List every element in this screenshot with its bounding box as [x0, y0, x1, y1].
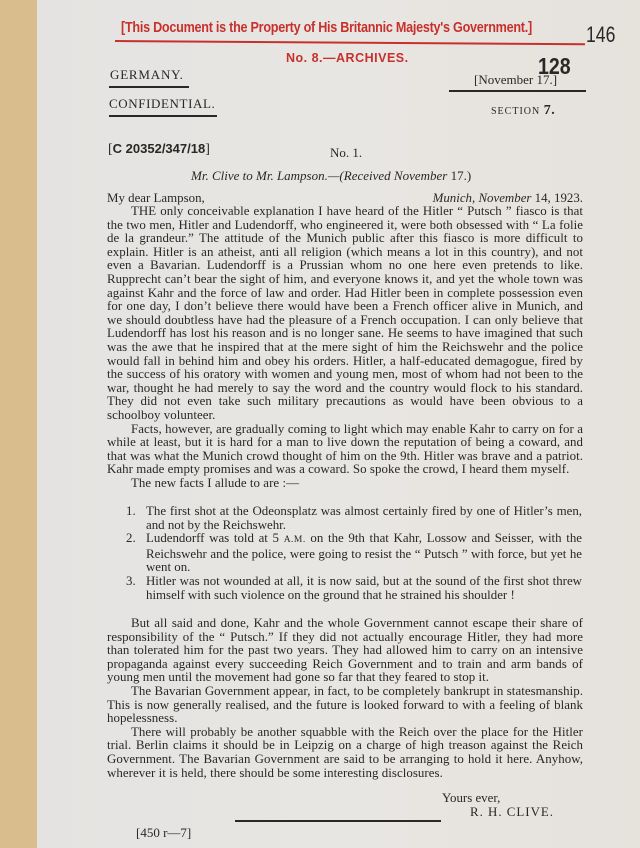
paragraph-4: But all said and done, Kahr and the whol… — [107, 617, 583, 685]
paragraph-1: THE only conceivable explanation I have … — [107, 205, 583, 423]
fact-time: A.M. — [284, 535, 306, 545]
document-number: No. 1. — [330, 145, 362, 161]
date-underline — [449, 90, 586, 92]
reference-code: C 20352/347/18 — [113, 141, 206, 156]
paragraph-3: The new facts I allude to are :— — [107, 477, 583, 491]
date-bracket: [November 17.] — [474, 72, 557, 88]
fact-item: 2. Ludendorff was told at 5 A.M. on the … — [126, 532, 582, 575]
archives-label: No. 8.—ARCHIVES. — [286, 51, 409, 65]
print-reference: [450 r—7] — [136, 825, 191, 841]
folio-number: 146 — [586, 22, 615, 48]
section-text: Section — [491, 106, 540, 117]
section-number: 7. — [544, 103, 556, 118]
document-reference: [C 20352/347/18] — [108, 141, 210, 158]
place-date-year: 14, 1923. — [535, 191, 583, 205]
fact-item: 3. Hitler was not wounded at all, it is … — [126, 575, 582, 602]
fact-number: 1. — [126, 505, 136, 519]
paragraph-2: Facts, however, are gradually coming to … — [107, 423, 583, 477]
letter-body-part-1: THE only conceivable explanation I have … — [107, 205, 583, 490]
heading-text: Mr. Clive to Mr. Lampson.—(Received Nove… — [191, 168, 451, 183]
fact-text: Ludendorff was told at 5 A.M. on the 9th… — [146, 532, 582, 575]
signature: R. H. CLIVE. — [470, 805, 554, 820]
place-date-text: Munich, November — [433, 191, 535, 205]
paragraph-6: There will probably be another squabble … — [107, 726, 583, 780]
fact-number: 3. — [126, 575, 136, 589]
country-label: GERMANY. — [110, 67, 184, 83]
fact-number: 2. — [126, 532, 136, 546]
fact-item: 1. The first shot at the Odeonsplatz was… — [126, 505, 582, 532]
classification-label: CONFIDENTIAL. — [109, 96, 215, 112]
country-underline — [109, 86, 189, 88]
document-heading: Mr. Clive to Mr. Lampson.—(Received Nove… — [191, 168, 471, 184]
fact-text: The first shot at the Odeonsplatz was al… — [146, 505, 582, 532]
fact-text: Hitler was not wounded at all, it is now… — [146, 575, 582, 602]
letter-body-part-2: But all said and done, Kahr and the whol… — [107, 617, 583, 780]
section-label: Section 7. — [491, 103, 555, 119]
valediction: Yours ever, — [442, 791, 500, 806]
fact-text-before: Ludendorff was told at 5 — [146, 531, 284, 545]
facts-list: 1. The first shot at the Odeonsplatz was… — [126, 505, 582, 602]
page-edge-background — [0, 0, 37, 848]
heading-day: 17.) — [451, 168, 472, 183]
paragraph-5: The Bavarian Government appear, in fact,… — [107, 685, 583, 726]
salutation: My dear Lampson, — [107, 191, 205, 205]
property-notice: [This Document is the Property of His Br… — [121, 20, 532, 36]
classification-underline — [109, 115, 217, 117]
footer-rule — [235, 820, 441, 822]
